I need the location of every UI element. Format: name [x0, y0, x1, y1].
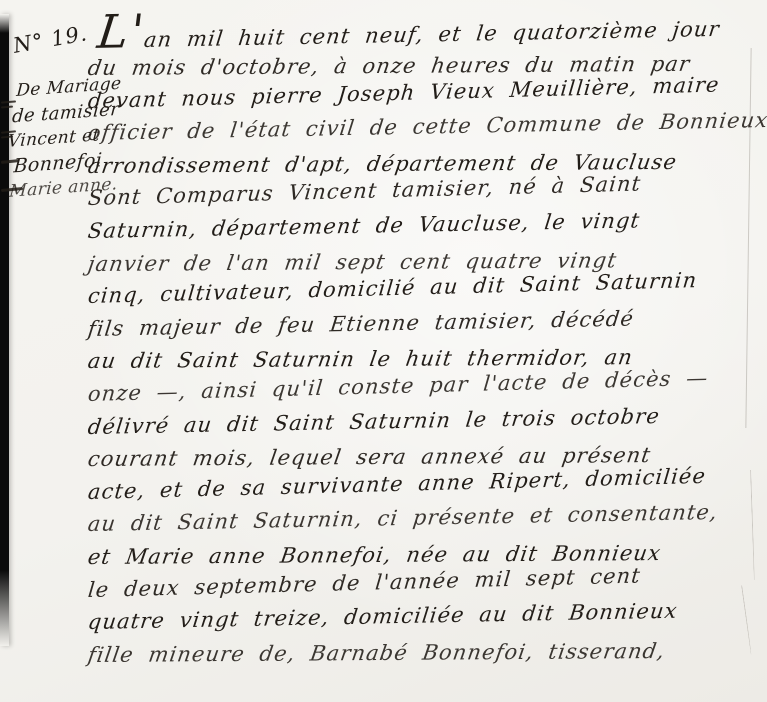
scanned-document-page: N° 19. De Mariage de tamisier Vincent et…	[0, 0, 767, 702]
handwritten-line: L'an mil huit cent neuf, et le quatorziè…	[86, 0, 767, 52]
record-body-text: L'an mil huit cent neuf, et le quatorziè…	[88, 12, 767, 671]
handwritten-line: fille mineure de, Barnabé Bonnefoi, tiss…	[86, 634, 767, 671]
